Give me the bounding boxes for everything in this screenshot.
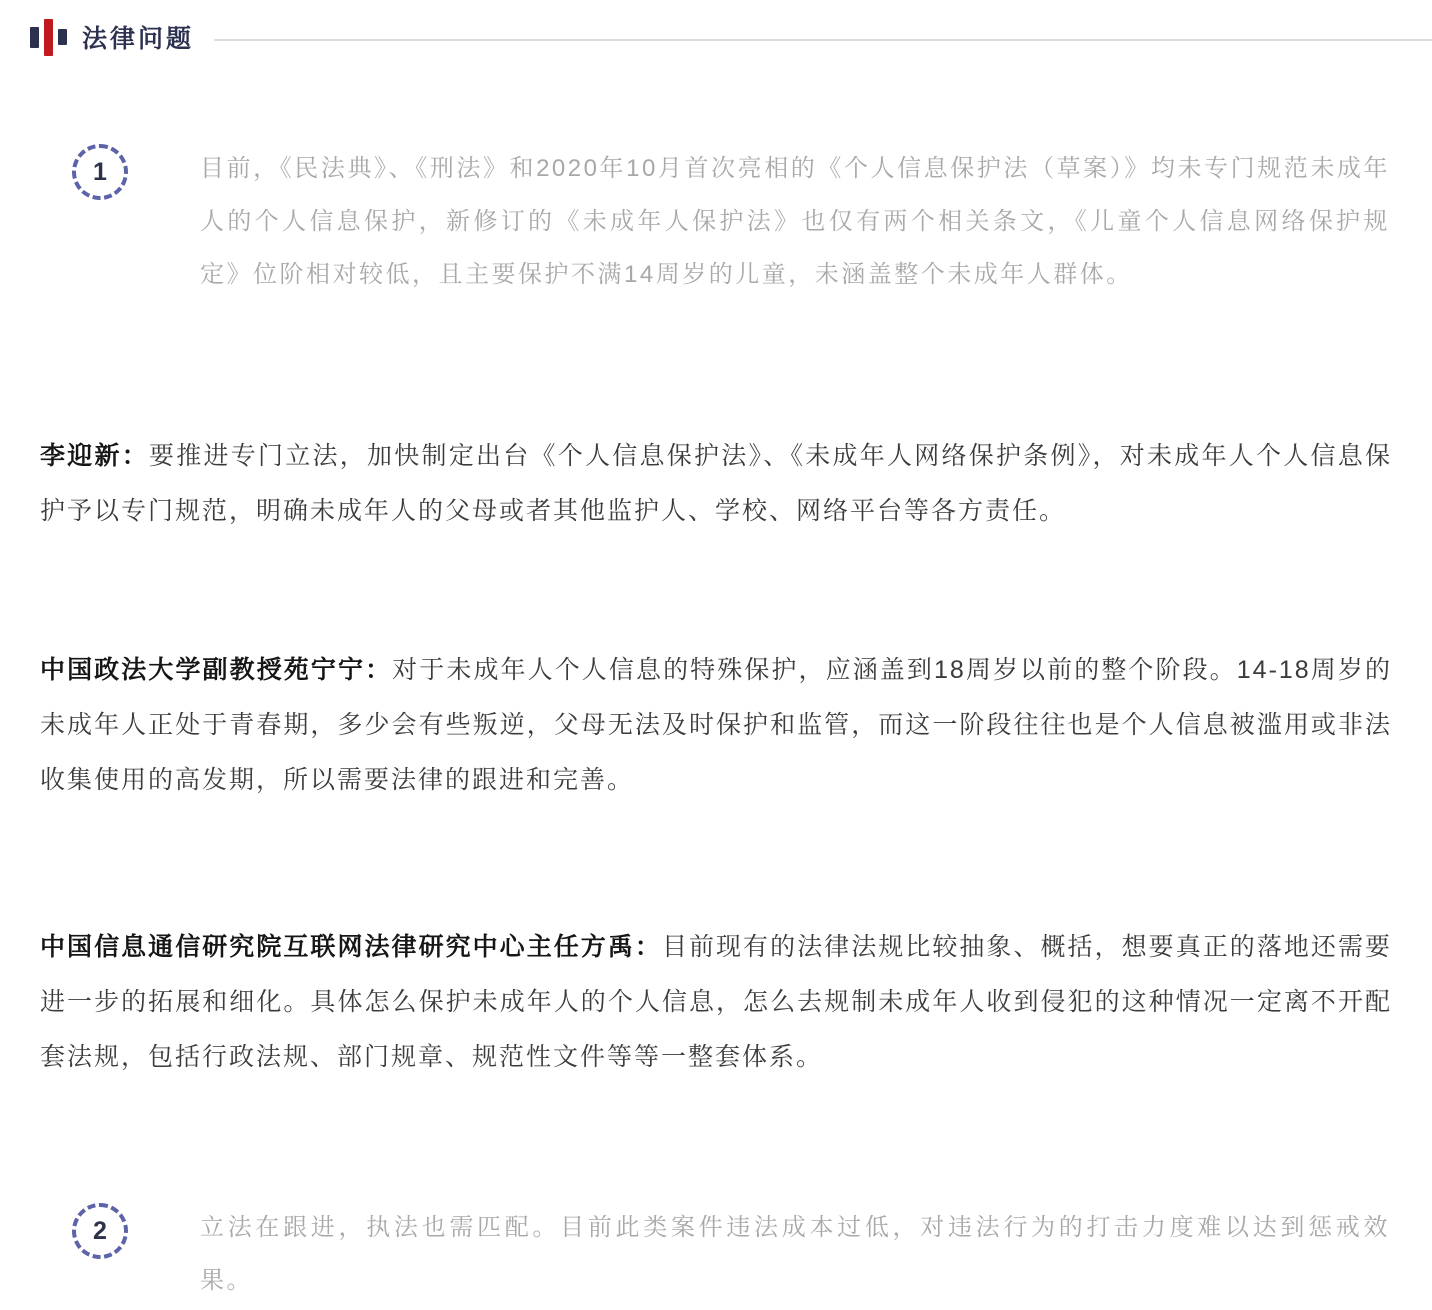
quote-paragraph: 中国政法大学副教授苑宁宁：对于未成年人个人信息的特殊保护，应涵盖到18周岁以前的… (0, 643, 1432, 808)
numbered-point-1: 1 目前，《民法典》、《刑法》和2020年10月首次亮相的《个人信息保护法（草案… (0, 142, 1432, 301)
point-text: 立法在跟进，执法也需匹配。目前此类案件违法成本过低，对违法行为的打击力度难以达到… (200, 1201, 1390, 1307)
point-number: 2 (93, 1217, 107, 1246)
bar-navy-right-icon (58, 29, 67, 45)
header-divider-line (214, 39, 1432, 41)
quote-text: 要推进专门立法，加快制定出台《个人信息保护法》、《未成年人网络保护条例》，对未成… (40, 442, 1392, 525)
section-bars-icon (30, 19, 67, 56)
speaker-name: 中国信息通信研究院互联网法律研究中心主任方禹： (40, 933, 662, 961)
quote-paragraph: 中国信息通信研究院互联网法律研究中心主任方禹：目前现有的法律法规比较抽象、概括，… (0, 920, 1432, 1085)
bar-navy-left-icon (30, 27, 39, 48)
numbered-point-2: 2 立法在跟进，执法也需匹配。目前此类案件违法成本过低，对违法行为的打击力度难以… (0, 1201, 1432, 1307)
point-text: 目前，《民法典》、《刑法》和2020年10月首次亮相的《个人信息保护法（草案）》… (200, 142, 1390, 301)
document-page: 法律问题 1 目前，《民法典》、《刑法》和2020年10月首次亮相的《个人信息保… (0, 0, 1432, 1310)
speaker-name: 中国政法大学副教授苑宁宁： (40, 656, 392, 684)
point-number: 1 (93, 158, 107, 187)
section-header: 法律问题 (0, 0, 1432, 58)
speaker-name: 李迎新： (40, 442, 149, 470)
bar-red-middle-icon (44, 19, 53, 56)
quote-paragraph: 李迎新：要推进专门立法，加快制定出台《个人信息保护法》、《未成年人网络保护条例》… (0, 429, 1432, 539)
point-number-badge: 2 (72, 1203, 128, 1259)
section-title: 法律问题 (82, 19, 194, 55)
point-number-badge: 1 (72, 144, 128, 200)
